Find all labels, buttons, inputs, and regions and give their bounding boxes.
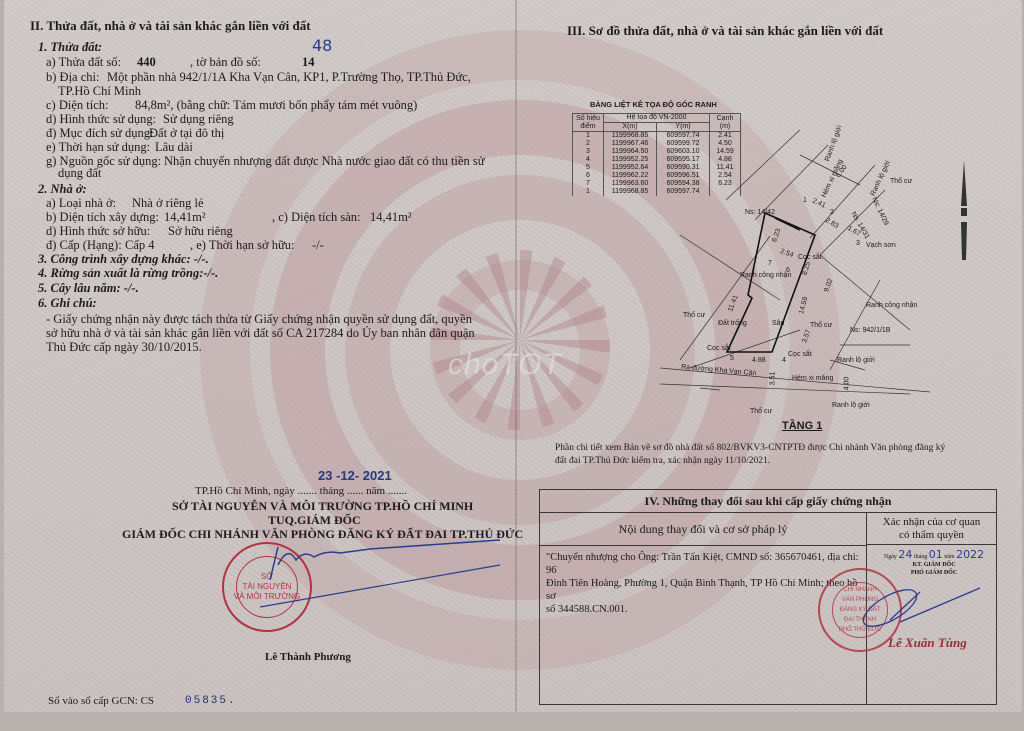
handwritten-note: 48 [312, 36, 332, 55]
map-tho-cu-4: Thổ cư [750, 408, 772, 415]
signature-right [860, 580, 1000, 640]
map-coc-sat-3: Cọc sắt [788, 351, 812, 358]
grade-value: Cấp 4 [125, 238, 155, 252]
entry-line-3: số 344588.CN.001. [546, 603, 862, 616]
registry-label: Số vào sổ cấp GCN: CS [48, 694, 154, 708]
issue-date-stamp: 23 -12- 2021 [318, 469, 392, 483]
map-ranh-lo-gioi-3: Ranh lộ giới [837, 357, 875, 364]
forest: 4. Rừng sản xuất là rừng trồng:-/-. [38, 266, 218, 280]
floor-area-value: 14,41m² [370, 210, 412, 224]
notes-line-3: Thủ Đức cấp ngày 30/10/2015. [46, 340, 202, 354]
changes-confirmation: Ngày 24 tháng 01 năm 2022 KT. GIÁM ĐỐC P… [874, 551, 994, 577]
floor-title: TẦNG 1 [782, 420, 822, 432]
section-ii-title: II. Thửa đất, nhà ở và tài sản khác gắn … [30, 19, 311, 33]
map-pt-7: 7 [768, 260, 772, 267]
notes-line-2: sở hữu nhà ở và tài sản khác gắn liền vớ… [46, 326, 475, 340]
map-coc-sat-1: Cọc sắt [798, 254, 822, 261]
use-form-value: Sử dụng riêng [163, 112, 234, 126]
coord-cell-x: 1199952.64 [604, 164, 657, 172]
confirm-month: 01 [929, 548, 943, 561]
north-arrow-icon [952, 158, 976, 268]
coord-cell-point: 6 [573, 172, 604, 180]
coord-cell-x: 1199962.22 [604, 172, 657, 180]
ownership-label: d) Hình thức sở hữu: [46, 224, 150, 238]
section-iii-title: III. Sơ đồ thửa đất, nhà ở và tài sản kh… [567, 24, 883, 38]
origin-value-line-1: Nhận chuyển nhượng đất được Nhà nước gia… [164, 154, 484, 168]
map-ranh-cong-nhan-1: Ranh công nhận [740, 272, 791, 279]
map-pt-1: 1 [803, 197, 807, 204]
map-sheet-label: , tờ bản đồ số: [190, 55, 261, 69]
map-coc-sat-2: Cọc sắt [707, 345, 731, 352]
changes-title: IV. Những thay đổi sau khi cấp giấy chứn… [540, 490, 996, 513]
parcel-number: 440 [137, 55, 156, 69]
map-dim-488: 4.88 [752, 357, 766, 364]
coord-cell-point: 3 [573, 148, 604, 156]
coord-cell-point: 4 [573, 156, 604, 164]
own-term-value: -/- [312, 238, 324, 252]
map-pt-3: 3 [856, 240, 860, 247]
registry-number: 05835. [185, 694, 237, 708]
build-area-value: 14,41m² [164, 210, 206, 224]
map-ranh-lo-gioi-4: Ranh lộ giới [832, 402, 870, 409]
coord-table-title: BẢNG LIỆT KÊ TỌA ĐỘ GÓC RANH [590, 100, 717, 109]
notes-heading: 6. Ghi chú: [38, 296, 97, 310]
own-term-label: , e) Thời hạn sở hữu: [190, 238, 294, 252]
watermark: choTOT [448, 348, 562, 382]
coord-cell-x: 1199964.50 [604, 148, 657, 156]
map-ns-1442: Ns: 14/42 [745, 209, 775, 216]
use-form-label: d) Hình thức sử dụng: [46, 112, 156, 126]
confirm-date-prefix: Ngày [884, 554, 897, 560]
notes-line-1: - Giấy chứng nhận này được tách thửa từ … [46, 312, 472, 326]
house-type-value: Nhà ở riêng lẻ [132, 196, 204, 210]
map-sheet-number: 14 [302, 55, 315, 69]
address-line-2: TP.Hồ Chí Minh [58, 84, 141, 98]
build-area-label: b) Diện tích xây dựng: [46, 210, 159, 224]
address-line-1: Một phần nhà 942/1/1A Kha Vạn Cân, KP1, … [107, 70, 471, 84]
area-value: 84,8m², (bằng chữ: Tám mươi bốn phẩy tám… [135, 98, 417, 112]
tuq-title: TUQ.GIÁM ĐỐC [268, 513, 361, 527]
parcel-diagram [660, 130, 960, 430]
confirm-year-label: năm [944, 554, 954, 560]
changes-col-content: Nội dung thay đổi và cơ sở pháp lý [540, 513, 867, 546]
issue-date-line: TP.Hồ Chí Minh, ngày ....... tháng .....… [195, 484, 407, 498]
signer-name-left: Lê Thành Phương [265, 650, 351, 664]
map-dat-trong: Đất trống [718, 320, 747, 327]
map-tho-cu-3: Thổ cư [810, 322, 832, 329]
changes-col-confirm: Xác nhận của cơ quan có thẩm quyền [867, 513, 996, 545]
col-x: X(m) [604, 123, 657, 132]
perennial-trees: 5. Cây lâu năm: -/-. [38, 281, 139, 295]
map-ranh-cong-nhan-2: Ranh công nhận [866, 302, 917, 309]
map-hem-xi-mang-2: Hẻm xi măng [792, 375, 833, 382]
address-label: b) Địa chỉ: [46, 70, 99, 84]
coord-cell-x: 1199967.46 [604, 140, 657, 148]
map-pt-4: 4 [782, 357, 786, 364]
coord-cell-point: 5 [573, 164, 604, 172]
coord-cell-point: 1 [573, 132, 604, 141]
ownership-value: Sở hữu riêng [168, 224, 233, 238]
floor-area-label: , c) Diện tích sàn: [272, 210, 361, 224]
detail-note-line-2: đất đai TP.Thủ Đức kiểm tra, xác nhận ng… [555, 454, 770, 468]
purpose-value: Đất ở tại đô thị [149, 126, 224, 140]
origin-value-line-2: dụng đất [58, 166, 101, 180]
parcel-label: a) Thửa đất số: [46, 55, 121, 69]
house-type-label: a) Loại nhà ở: [46, 196, 116, 210]
confirm-day: 24 [898, 548, 912, 561]
other-works: 3. Công trình xây dựng khác: -/-. [38, 252, 209, 266]
area-label: c) Diện tích: [46, 98, 108, 112]
term-value: Lâu dài [155, 140, 193, 154]
map-ns-942: Ns: 942/1/1B [850, 327, 890, 334]
land-heading: 1. Thửa đất: [38, 40, 102, 54]
map-dim-351: 3.51 [769, 372, 776, 386]
drum-star-pattern [430, 250, 610, 430]
confirm-month-label: tháng [914, 554, 927, 560]
col-point: Số hiệu điểm [573, 114, 604, 132]
coord-cell-point: 1 [573, 188, 604, 196]
coord-cell-x: 1199968.85 [604, 188, 657, 196]
authority-name: SỞ TÀI NGUYÊN VÀ MÔI TRƯỜNG TP.HỒ CHÍ MI… [172, 499, 473, 513]
confirm-kt: KT. GIÁM ĐỐC [874, 561, 994, 569]
grade-label: đ) Cấp (Hạng): [46, 238, 122, 252]
coord-cell-x: 1199963.60 [604, 180, 657, 188]
signer-name-right: Lê Xuân Tùng [888, 636, 967, 650]
map-vach-son: Vạch sơn [866, 242, 896, 249]
map-tho-cu-2: Thổ cư [683, 312, 705, 319]
house-heading: 2. Nhà ở: [38, 182, 87, 196]
changes-entry: "Chuyển nhượng cho Ông: Trần Tấn Kiệt, C… [546, 551, 862, 616]
map-san: Sân [772, 320, 784, 327]
map-dim-400: 4.00 [843, 377, 850, 391]
map-tho-cu-1: Thổ cư [890, 178, 912, 185]
map-pt-5: 5 [730, 355, 734, 362]
confirm-header-line-2: có thẩm quyền [867, 529, 996, 542]
col-system: Hệ tọa độ VN-2000 [604, 114, 710, 123]
purpose-label: đ) Mục đích sử dụng: [46, 126, 153, 140]
map-pt-2: 2 [830, 209, 834, 216]
confirm-year: 2022 [956, 548, 984, 561]
confirm-role: PHÓ GIÁM ĐỐC [874, 569, 994, 577]
coord-cell-x: 1199952.25 [604, 156, 657, 164]
entry-line-2: Đinh Tiên Hoàng, Phường 1, Quận Bình Thạ… [546, 577, 862, 603]
coord-cell-x: 1199968.85 [604, 132, 657, 141]
coord-cell-point: 7 [573, 180, 604, 188]
signature-left [230, 535, 510, 615]
col-edge: Cạnh (m) [710, 114, 741, 132]
entry-line-1: "Chuyển nhượng cho Ông: Trần Tấn Kiệt, C… [546, 551, 862, 577]
coord-cell-point: 2 [573, 140, 604, 148]
detail-note-line-1: Phần chi tiết xem Bản vẽ sơ đồ nhà đất s… [555, 441, 945, 455]
confirm-header-line-1: Xác nhận của cơ quan [867, 516, 996, 529]
term-label: e) Thời hạn sử dụng: [46, 140, 150, 154]
